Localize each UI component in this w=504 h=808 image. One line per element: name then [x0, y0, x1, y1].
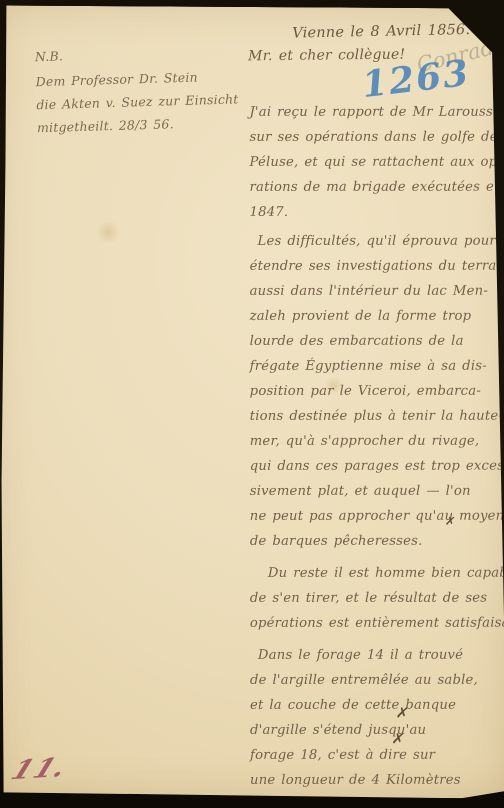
body-line: aussi dans l'intérieur du lac Men-	[250, 279, 504, 304]
body-line: zaleh provient de la forme trop	[250, 304, 504, 329]
body-line: 1847.	[250, 200, 504, 225]
correction-x-mark: ✗	[444, 514, 456, 529]
body-line: tions destinée plus à tenir la haute-	[250, 404, 504, 429]
body-line: d'argille s'étend jusqu'au	[250, 718, 504, 743]
body-line: de barques pêcheresses.	[250, 529, 504, 554]
body-line: étendre ses investigations du terrain	[250, 254, 504, 279]
body-line: mer, qu'à s'approcher du rivage,	[250, 429, 504, 454]
photo-background: N.B. Dem Professor Dr. Stein die Akten v…	[0, 0, 504, 808]
dateline: Vienne le 8 Avril 1856.	[292, 22, 470, 42]
paper-stain	[95, 221, 121, 243]
body-line: qui dans ces parages est trop exces-	[250, 454, 504, 479]
body-line: position par le Viceroi, embarca-	[250, 379, 504, 404]
folio-number: 11.	[3, 752, 77, 786]
body-line: lourde des embarcations de la	[250, 329, 504, 354]
correction-x-mark: ✗	[395, 703, 410, 723]
body-line: forage 18, c'est à dire sur	[250, 743, 504, 768]
body-line: sivement plat, et auquel — l'on	[250, 479, 504, 504]
body-line: ne peut pas approcher qu'au moyen	[250, 504, 504, 529]
body-line: rations de ma brigade exécutées en	[249, 175, 504, 200]
body-line: Dans le forage 14 il a trouvé	[250, 643, 504, 668]
body-line: frégate Égyptienne mise à sa dis-	[250, 354, 504, 379]
body-line: Du reste il est homme bien capable	[250, 561, 504, 586]
body-line: Les difficultés, qu'il éprouva pour	[250, 229, 504, 254]
letter-body: J'ai reçu le rapport de Mr Larousse sur …	[249, 100, 504, 793]
body-line: de l'argille entremêlée au sable,	[250, 668, 504, 693]
margin-note: N.B. Dem Professor Dr. Stein die Akten v…	[35, 39, 240, 139]
body-line: opérations est entièrement satisfaisant.	[250, 611, 504, 636]
body-line: de s'en tirer, et le résultat de ses	[250, 586, 504, 611]
body-line: une longueur de 4 Kilomètres	[250, 768, 504, 793]
correction-x-mark: ✗	[391, 729, 406, 749]
body-line: sur ses opérations dans le golfe de	[249, 125, 504, 150]
body-line: Péluse, et qui se rattachent aux opé-	[249, 150, 504, 175]
body-line: J'ai reçu le rapport de Mr Larousse	[249, 100, 504, 125]
manuscript-page: N.B. Dem Professor Dr. Stein die Akten v…	[0, 5, 504, 798]
margin-note-line: mitgetheilt. 28/3 56.	[37, 110, 240, 139]
margin-note-line: N.B.	[35, 39, 238, 68]
body-line: et la couche de cette banque	[250, 693, 504, 718]
